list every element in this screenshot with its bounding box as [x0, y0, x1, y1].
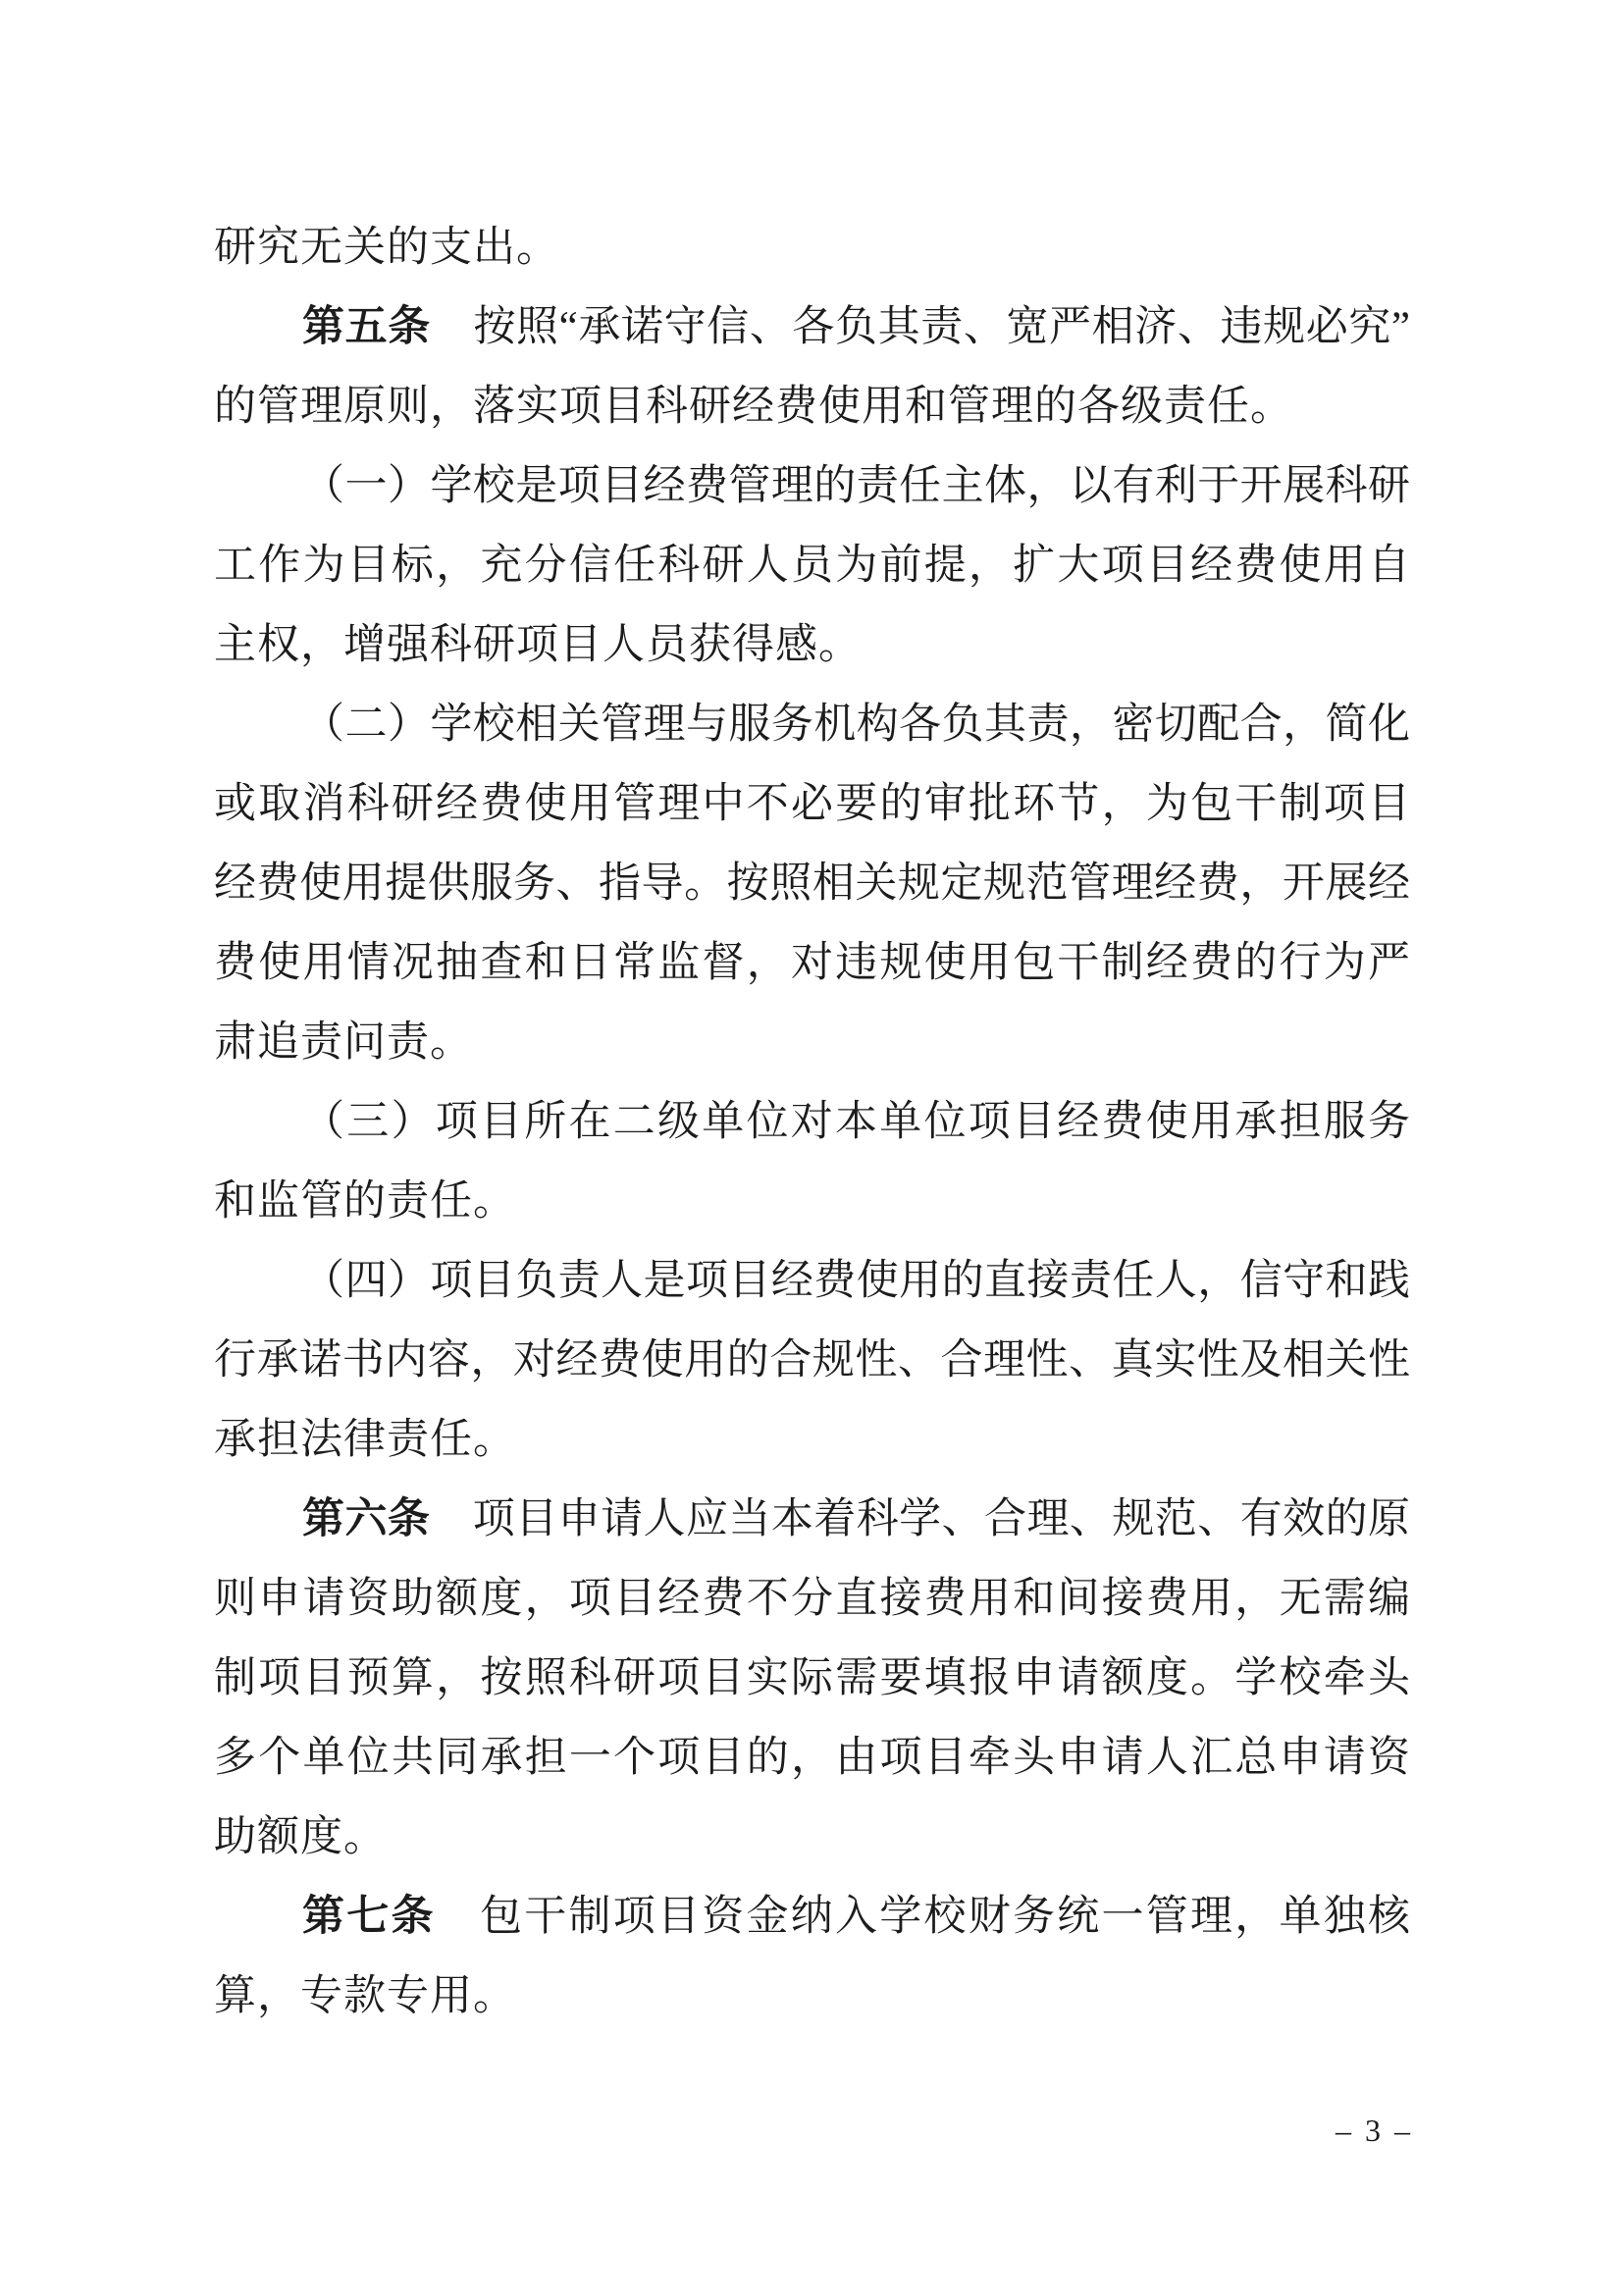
text-line: 制项目预算，按照科研项目实际需要填报申请额度。学校牵头: [214, 1639, 1410, 1718]
text-line: 的管理原则，落实项目科研经费使用和管理的各级责任。: [214, 367, 1410, 446]
text-line: 第五条 按照“承诺守信、各负其责、宽严相济、违规必究”: [214, 287, 1410, 367]
text-run: 算，专款专用。: [214, 1973, 516, 2019]
text-line: 经费使用提供服务、指导。按照相关规定规范管理经费，开展经: [214, 844, 1410, 923]
text-run: 费使用情况抽查和日常监督，对违规使用包干制经费的行为严: [214, 940, 1410, 986]
text-run: 按照“承诺守信、各负其责、宽严相济、违规必究”: [473, 304, 1410, 350]
text-run: （三）项目所在二级单位对本单位项目经费使用承担服务: [302, 1099, 1410, 1145]
text-line: 工作为目标，充分信任科研人员为前提，扩大项目经费使用自: [214, 526, 1410, 605]
text-run: 肃追责问责。: [214, 1019, 473, 1066]
text-line: （三）项目所在二级单位对本单位项目经费使用承担服务: [214, 1082, 1410, 1162]
text-line: 研究无关的支出。: [214, 208, 1410, 287]
text-run: 行承诺书内容，对经费使用的合规性、合理性、真实性及相关性: [214, 1337, 1410, 1383]
text-run: 主权，增强科研项目人员获得感。: [214, 622, 862, 668]
text-run: 则申请资助额度，项目经费不分直接费用和间接费用，无需编: [214, 1576, 1410, 1622]
text-run: 和监管的责任。: [214, 1178, 516, 1225]
text-line: 和监管的责任。: [214, 1162, 1410, 1241]
text-run: 多个单位共同承担一个项目的，由项目牵头申请人汇总申请资: [214, 1735, 1410, 1781]
text-line: （二）学校相关管理与服务机构各负其责，密切配合，简化: [214, 685, 1410, 764]
text-run: 工作为目标，充分信任科研人员为前提，扩大项目经费使用自: [214, 543, 1410, 589]
page-number: – 3 –: [1336, 2106, 1413, 2155]
text-line: 算，专款专用。: [214, 1957, 1410, 2036]
text-run: （一）学校是项目经费管理的责任主体，以有利于开展科研: [302, 463, 1410, 509]
text-run: 助额度。: [214, 1814, 387, 1860]
text-line: 则申请资助额度，项目经费不分直接费用和间接费用，无需编: [214, 1559, 1410, 1639]
text-line: 或取消科研经费使用管理中不必要的审批环节，为包干制项目: [214, 764, 1410, 844]
article-heading: 第七条: [302, 1894, 480, 1940]
article-heading: 第五条: [302, 304, 473, 350]
text-line: 助额度。: [214, 1798, 1410, 1877]
article-heading: 第六条: [302, 1496, 473, 1542]
text-line: 第七条 包干制项目资金纳入学校财务统一管理，单独核: [214, 1877, 1410, 1957]
text-line: （一）学校是项目经费管理的责任主体，以有利于开展科研: [214, 446, 1410, 526]
text-line: 主权，增强科研项目人员获得感。: [214, 605, 1410, 685]
text-run: 制项目预算，按照科研项目实际需要填报申请额度。学校牵头: [214, 1655, 1410, 1701]
text-run: 的管理原则，落实项目科研经费使用和管理的各级责任。: [214, 384, 1293, 430]
text-line: （四）项目负责人是项目经费使用的直接责任人，信守和践: [214, 1241, 1410, 1321]
text-run: 或取消科研经费使用管理中不必要的审批环节，为包干制项目: [214, 781, 1410, 827]
text-run: （四）项目负责人是项目经费使用的直接责任人，信守和践: [302, 1258, 1410, 1304]
text-run: 研究无关的支出。: [214, 225, 559, 271]
text-line: 多个单位共同承担一个项目的，由项目牵头申请人汇总申请资: [214, 1718, 1410, 1798]
text-line: 费使用情况抽查和日常监督，对违规使用包干制经费的行为严: [214, 923, 1410, 1003]
text-line: 承担法律责任。: [214, 1400, 1410, 1480]
document-body: 研究无关的支出。第五条 按照“承诺守信、各负其责、宽严相济、违规必究”的管理原则…: [214, 208, 1410, 2036]
text-run: 包干制项目资金纳入学校财务统一管理，单独核: [480, 1894, 1410, 1940]
text-line: 第六条 项目申请人应当本着科学、合理、规范、有效的原: [214, 1480, 1410, 1559]
text-run: 项目申请人应当本着科学、合理、规范、有效的原: [473, 1496, 1410, 1542]
document-page: 研究无关的支出。第五条 按照“承诺守信、各负其责、宽严相济、违规必究”的管理原则…: [0, 0, 1624, 2296]
text-line: 行承诺书内容，对经费使用的合规性、合理性、真实性及相关性: [214, 1321, 1410, 1400]
text-run: （二）学校相关管理与服务机构各负其责，密切配合，简化: [302, 702, 1410, 748]
text-run: 承担法律责任。: [214, 1417, 516, 1463]
text-line: 肃追责问责。: [214, 1003, 1410, 1082]
text-run: 经费使用提供服务、指导。按照相关规定规范管理经费，开展经: [214, 861, 1410, 907]
